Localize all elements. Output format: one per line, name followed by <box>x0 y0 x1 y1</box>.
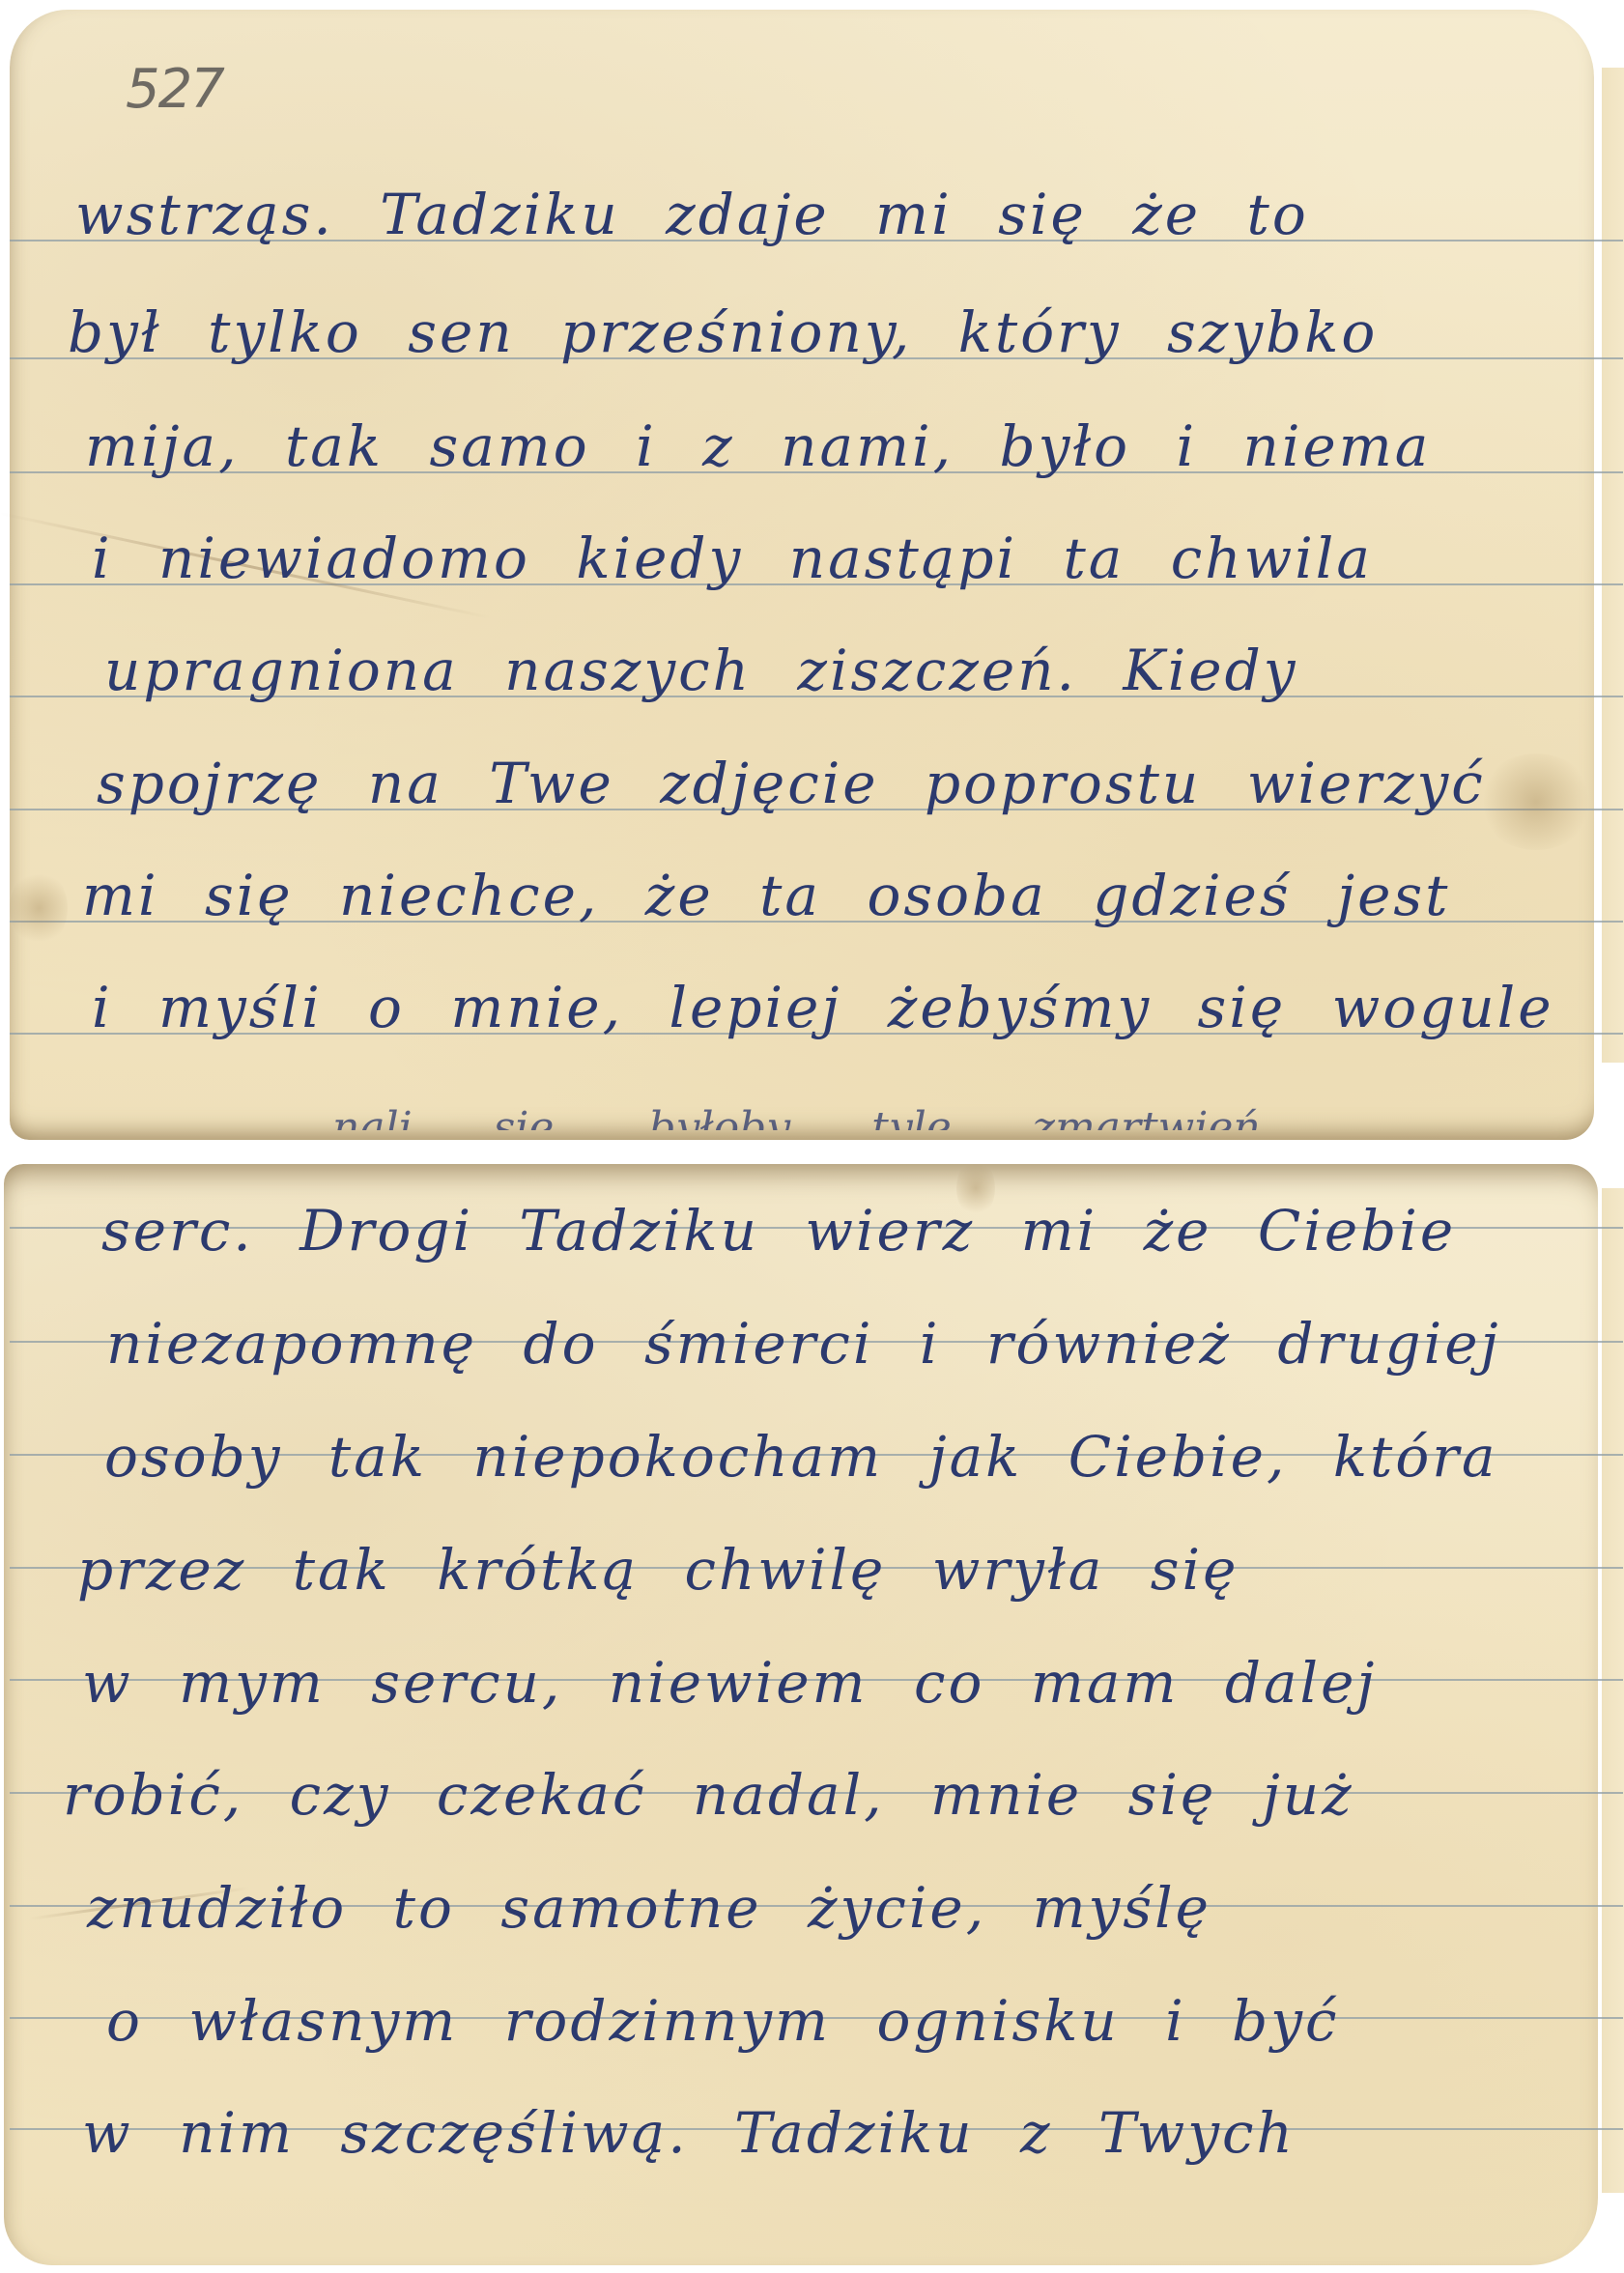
handwritten-line: i myśli o mnie, lepiej żebyśmy się wogul… <box>92 980 1566 1036</box>
handwritten-line: spojrzę na Twe zdjęcie poprostu wierzyć <box>97 755 1566 811</box>
handwritten-line: serc. Drogi Tadziku wierz mi że Ciebie <box>101 1203 1566 1259</box>
handwritten-line: o własnym rodzinnym ognisku i być <box>106 1993 1566 2049</box>
handwritten-line: upragniona naszych ziszczeń. Kiedy <box>104 642 1566 698</box>
handwritten-line: przez tak krótką chwilę wryła się <box>77 1542 1566 1598</box>
handwritten-line: robić, czy czekać nadal, mnie się już <box>63 1767 1566 1823</box>
handwritten-line: niezapomnę do śmierci i również drugiej <box>106 1316 1566 1372</box>
handwritten-line: znudziło to samotne życie, myślę <box>87 1880 1566 1936</box>
handwritten-line: i niewiadomo kiedy nastąpi ta chwila <box>92 530 1566 586</box>
handwritten-line: mija, tak samo i z nami, było i niema <box>85 418 1566 474</box>
handwritten-line: mi się niechce, że ta osoba gdzieś jest <box>82 867 1566 923</box>
page-number: 527 <box>126 58 223 121</box>
handwritten-line: w mym sercu, niewiem co mam dalej <box>82 1655 1566 1711</box>
handwritten-line: w nim szczęśliwą. Tadziku z Twych <box>82 2105 1566 2161</box>
handwritten-line: był tylko sen prześniony, który szybko <box>68 304 1566 360</box>
handwritten-line: wstrząs. Tadziku zdaje mi się że to <box>75 186 1566 242</box>
stain <box>10 869 68 947</box>
handwritten-line: osoby tak niepokocham jak Ciebie, która <box>104 1429 1566 1485</box>
